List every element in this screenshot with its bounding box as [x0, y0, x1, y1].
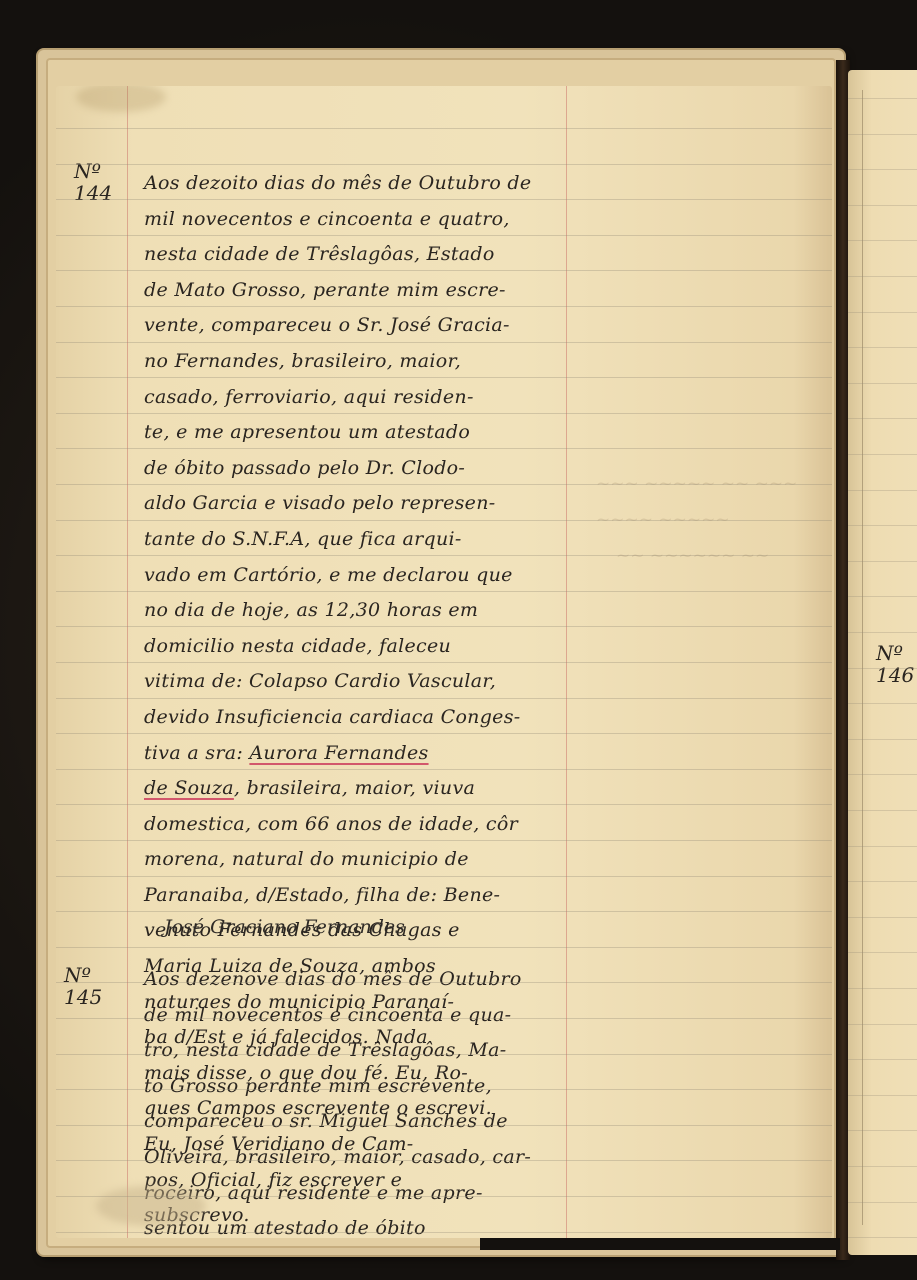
ruled-line — [56, 591, 832, 592]
ruled-line — [848, 881, 917, 882]
handwritten-line: vado em Cartório, e me declarou que — [144, 558, 531, 594]
handwritten-line: no dia de hoje, as 12,30 horas em — [144, 593, 531, 629]
ruled-line — [56, 1054, 832, 1055]
ruled-line — [56, 1018, 832, 1019]
ruled-line — [848, 1024, 917, 1025]
ruled-line — [848, 1202, 917, 1203]
handwritten-line: mil novecentos e cincoenta e quatro, — [144, 202, 531, 238]
ruled-line — [848, 418, 917, 419]
ruled-line — [56, 1125, 832, 1126]
entry-number-value: 145 — [64, 986, 102, 1008]
ruled-line — [848, 205, 917, 206]
handwritten-line: casado, ferroviario, aqui residen- — [144, 380, 531, 416]
ruled-line — [848, 846, 917, 847]
handwritten-line: compareceu o sr. Miguel Sanches de — [144, 1104, 531, 1140]
ruled-line — [56, 769, 832, 770]
handwritten-line: devido Insuficiencia cardiaca Conges- — [144, 700, 531, 736]
handwritten-line: de mil novecentos e cincoenta e qua- — [144, 998, 531, 1034]
handwritten-line: Aos dezenove dias do mês de Outubro — [144, 962, 531, 998]
handwritten-line: Paranaiba, d/Estado, filha de: Bene- — [144, 878, 531, 914]
ruled-line — [56, 448, 832, 449]
ledger-right-page: Nº 146 — [848, 70, 917, 1255]
ruled-line — [56, 840, 832, 841]
handwritten-line: de Mato Grosso, perante mim escre- — [144, 273, 531, 309]
handwritten-line: vente, compareceu o Sr. José Gracia- — [144, 308, 531, 344]
ruled-line — [848, 988, 917, 989]
ruled-line — [56, 947, 832, 948]
entry-number-value: 144 — [74, 182, 112, 204]
handwritten-line: domicilio nesta cidade, faleceu — [144, 629, 531, 665]
ruled-line — [848, 810, 917, 811]
ruled-line — [848, 240, 917, 241]
ruled-line — [848, 276, 917, 277]
ruled-line — [848, 383, 917, 384]
ruled-line — [848, 169, 917, 170]
ruled-line — [848, 917, 917, 918]
ruled-line — [56, 1089, 832, 1090]
handwritten-line: de Souza, brasileira, maior, viuva — [144, 771, 531, 807]
ruled-line — [56, 1160, 832, 1161]
ruled-line — [848, 596, 917, 597]
entry-number-label: Nº — [876, 642, 914, 664]
ruled-line — [56, 413, 832, 414]
handwritten-line: tro, nesta cidade de Trêslagôas, Ma- — [144, 1033, 531, 1069]
entry-number-144: Nº 144 — [74, 160, 112, 204]
handwritten-line: morena, natural do municipio de — [144, 842, 531, 878]
ruled-line — [848, 1166, 917, 1167]
ledger-left-page: ~~~ ~~~~~ ~~ ~~~ ~~~~ ~~~~~ ~~ ~~~~~~ ~~… — [56, 86, 832, 1238]
ruled-line — [848, 490, 917, 491]
page-edge-line — [862, 90, 863, 1225]
handwritten-line: vitima de: Colapso Cardio Vascular, — [144, 664, 531, 700]
ruled-line — [848, 312, 917, 313]
ruled-line — [56, 164, 832, 165]
ruled-line — [848, 632, 917, 633]
handwritten-line: tante do S.N.F.A, que fica arqui- — [144, 522, 531, 558]
torn-corner — [96, 1186, 206, 1226]
ruled-line — [56, 377, 832, 378]
ruled-line — [848, 525, 917, 526]
deceased-name-highlight: Aurora Fernandes — [249, 742, 428, 764]
ruled-line — [848, 774, 917, 775]
ruled-line — [848, 952, 917, 953]
ruled-line — [848, 454, 917, 455]
handwritten-line: tiva a sra: Aurora Fernandes — [144, 736, 531, 772]
ruled-line — [848, 1059, 917, 1060]
ruled-line — [56, 982, 832, 983]
ruled-line — [848, 561, 917, 562]
handwritten-line: sentou um atestado de óbito — [144, 1211, 531, 1238]
handwritten-line: to Grosso perante mim escrevente, — [144, 1069, 531, 1105]
handwritten-line: domestica, com 66 anos de idade, côr — [144, 807, 531, 843]
ruled-line — [56, 876, 832, 877]
ruled-line — [848, 668, 917, 669]
ruled-line — [848, 134, 917, 135]
handwritten-line: Aos dezoito dias do mês de Outubro de — [144, 166, 531, 202]
entry-number-145: Nº 145 — [64, 964, 102, 1008]
ruled-line — [56, 733, 832, 734]
handwritten-line: te, e me apresentou um atestado — [144, 415, 531, 451]
handwritten-line: no Fernandes, brasileiro, maior, — [144, 344, 531, 380]
ruled-line — [56, 520, 832, 521]
handwritten-line: nesta cidade de Trêslagôas, Estado — [144, 237, 531, 273]
ruled-line — [848, 739, 917, 740]
ruled-line — [56, 199, 832, 200]
ruled-line — [56, 555, 832, 556]
ruled-line — [56, 662, 832, 663]
water-stain — [76, 86, 166, 112]
ruled-line — [848, 98, 917, 99]
ruled-line — [848, 1130, 917, 1131]
ruled-line — [56, 342, 832, 343]
ruled-line — [56, 235, 832, 236]
torn-bottom-edge — [480, 1238, 840, 1250]
ruled-line — [848, 1095, 917, 1096]
ruled-line — [56, 626, 832, 627]
ruled-line — [848, 1237, 917, 1238]
ruled-line — [848, 703, 917, 704]
ruled-line — [56, 1232, 832, 1233]
handwritten-line: de óbito passado pelo Dr. Clodo- — [144, 451, 531, 487]
deceased-name-highlight: de Souza — [144, 777, 234, 799]
ruled-line — [56, 306, 832, 307]
handwritten-line: aldo Garcia e visado pelo represen- — [144, 486, 531, 522]
ruled-line — [56, 911, 832, 912]
ruled-line — [848, 347, 917, 348]
ruled-line — [56, 270, 832, 271]
ruled-line — [56, 1196, 832, 1197]
handwritten-line: Oliveira, brasileiro, maior, casado, car… — [144, 1140, 531, 1176]
declarant-signature: José Graciano Fernandes — [164, 916, 405, 938]
entry-number-146: Nº 146 — [876, 642, 914, 686]
ruled-line — [56, 698, 832, 699]
ruled-line — [56, 484, 832, 485]
ruled-line — [56, 128, 832, 129]
ruled-line — [56, 804, 832, 805]
